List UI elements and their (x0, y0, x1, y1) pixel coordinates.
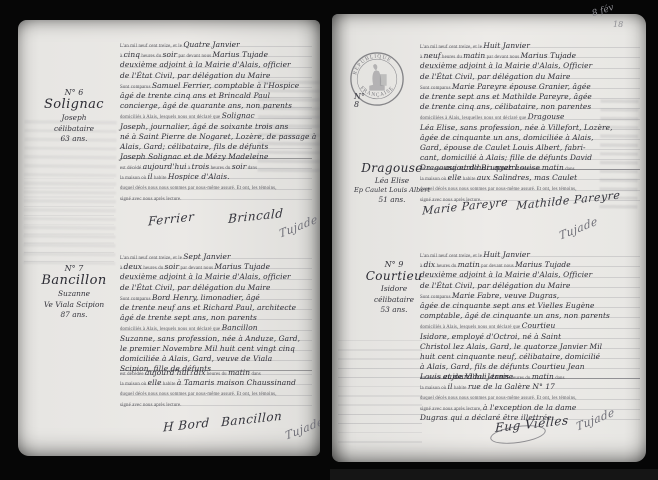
act-body: L'an mil neuf cent treize, et le Sept Ja… (120, 249, 312, 371)
act-line: Sont comparus Marie Fabre, veuve Dugras, (420, 288, 640, 298)
blank-ruled-lines (24, 170, 114, 265)
act-line: à deux heures du soir par devant nous Ma… (120, 259, 312, 269)
death-clause: est décédée aujourd'hui à dix heures du … (120, 365, 312, 406)
act-line: Christol lez Alais, Gard, le quatorze Ja… (420, 339, 640, 349)
act-line: de trente sept ans et Mathilde Pareyre, … (420, 89, 640, 99)
deceased-given-name: Suzanne (26, 289, 122, 299)
act-line: né à Saint Pierre de Nogaret, Lozère, de… (120, 129, 312, 139)
act-line: est décédé aujourd'hui à trois heures du… (120, 159, 312, 169)
deceased-age: 87 ans. (26, 310, 122, 320)
act-line: domiciliés à Alais, lesquels nous ont dé… (120, 320, 312, 330)
printed-form-text: signé avec nous après lecture. (120, 197, 182, 202)
deceased-surname: Solignac (26, 98, 122, 113)
signature: Tujade (558, 214, 598, 242)
deceased-status: célibataire (26, 124, 122, 134)
act-line: huit cent cinquante neuf, célibataire, d… (420, 349, 640, 359)
record-margin-note: N° 6 Solignac Joseph célibataire 63 ans. (26, 88, 122, 144)
act-line: Sont comparus Samuel Ferrier, comptable … (120, 78, 312, 88)
act-line: deuxième adjoint à la Mairie d'Alais, of… (120, 269, 312, 279)
act-line: deuxième adjoint à la Mairie d'Alais, Of… (420, 58, 640, 68)
deceased-status: Ve Viala Scipion (26, 300, 122, 310)
act-body: L'an mil neuf cent treize, et le Huit Ja… (420, 247, 640, 379)
record-margin-note: N° 7 Bancillon Suzanne Ve Viala Scipion … (26, 264, 122, 320)
fasces-detail (380, 74, 387, 86)
act-line: cant, domicilié à Alais; fille de défunt… (420, 150, 640, 160)
act-line: Isidore, employé d'Octroi, né à Saint (420, 329, 640, 339)
signature: Tujade (284, 414, 320, 442)
deceased-given-name: Joseph (26, 113, 122, 123)
act-line: de trente neuf ans et Richard Paul, arch… (120, 300, 312, 310)
signature: Bancillon (221, 409, 283, 430)
act-line: concierge, âgé de quarante ans, non pare… (120, 98, 312, 108)
left-page: N° 6 Solignac Joseph célibataire 63 ans.… (18, 20, 320, 456)
act-line: âgée de cinquante sept ans et Vielles Eu… (420, 298, 640, 308)
act-line: à cinq heures du soir par devant nous Ma… (120, 47, 312, 57)
act-line: L'an mil neuf cent treize, et le Sept Ja… (120, 249, 312, 259)
blank-ruled-lines (338, 332, 422, 450)
scanner-bed-shadow (330, 469, 658, 480)
printed-form-text: dans (246, 166, 257, 171)
act-line: à neuf heures du matin par devant nous M… (420, 48, 640, 58)
act-line: à dix heures du matin par devant nous Ma… (420, 257, 640, 267)
record-number-label: N° 8 (354, 92, 365, 109)
right-page: RÉPUBLIQUE FRANÇAISE N° 8 Dragouse Léa E… (332, 14, 646, 462)
svg-text:RÉPUBLIQUE: RÉPUBLIQUE (352, 54, 392, 76)
act-line: L'an mil neuf cent treize, et le Huit Ja… (420, 247, 640, 257)
deceased-surname: Bancillon (26, 274, 122, 289)
act-line: la maison où elle habite à Tamaris maiso… (120, 375, 312, 385)
death-clause: est décédé aujourd'hui à trois heures du… (120, 159, 312, 200)
handwritten-text: soir (232, 162, 247, 171)
act-line: est décédée aujourd'hui à quatre heures … (420, 160, 640, 170)
act-line: Suzanne, sans profession, née à Anduze, … (120, 331, 312, 341)
act-line: de l'État Civil, par délégation du Maire (420, 69, 640, 79)
printed-form-text: signé avec nous après lecture. (120, 403, 182, 408)
scanned-register-spread: N° 6 Solignac Joseph célibataire 63 ans.… (0, 0, 658, 480)
act-line: le premier Novembre Mil huit cent vingt … (120, 341, 312, 351)
act-line: domiciliées à Alais, lesquelles nous ont… (420, 109, 640, 119)
act-line: Gard, épouse de Caulet Louis Albert, fab… (420, 140, 640, 150)
signature: Tujade (278, 212, 318, 240)
signature: Ferrier (148, 210, 195, 229)
record-number: N° 8 (354, 93, 365, 109)
act-line: est décédé aujourd'hui à trois heures du… (420, 369, 640, 379)
act-line: la maison où il habite Hospice d'Alais. (120, 169, 312, 179)
act-line: Léa Elise, sans profession, née à Villef… (420, 120, 640, 130)
act-body: L'an mil neuf cent treize, et le Quatre … (120, 37, 312, 159)
act-line: duquel décès nous nous sommes par nous-m… (420, 389, 640, 399)
signature: Brincald (228, 206, 284, 226)
act-line: deuxième adjoint à la Mairie d'Alais, Of… (420, 267, 640, 277)
act-line: est décédée aujourd'hui à dix heures du … (120, 365, 312, 375)
act-line: Sont comparus Marie Pareyre épouse Grani… (420, 79, 640, 89)
act-line: Joseph, journalier, âgé de soixante troi… (120, 119, 312, 129)
signature: H Bord (163, 415, 210, 434)
act-line: comptable, âgé de cinquante un ans, non … (420, 308, 640, 318)
act-line: la maison où il habite rue de la Galère … (420, 379, 640, 389)
act-line: L'an mil neuf cent treize, et le Quatre … (120, 37, 312, 47)
act-body: L'an mil neuf cent treize, et le Huit Ja… (420, 38, 640, 170)
stamp-arc-top: RÉPUBLIQUE (352, 54, 392, 76)
act-line: de trente cinq ans, célibataire, non par… (420, 99, 640, 109)
act-line: la maison où elle habite aux Salindres, … (420, 170, 640, 180)
act-line: duquel décès nous nous sommes par nous-m… (120, 179, 312, 189)
act-line: deuxième adjoint à la Mairie d'Alais, of… (120, 57, 312, 67)
act-line: L'an mil neuf cent treize, et le Huit Ja… (420, 38, 640, 48)
act-line: à Alais, Gard, fils de défunts Courtieu … (420, 359, 640, 369)
deceased-age: 63 ans. (26, 134, 122, 144)
act-line: Sont comparus Bord Henry, limonadier, âg… (120, 290, 312, 300)
act-line: de l'État Civil, par délégation du Maire (420, 278, 640, 288)
act-line: Joseph Solignac et de Mézy Madeleine (120, 149, 312, 159)
pencil-page-number: 18 (613, 21, 623, 29)
printed-form-text: dans (554, 376, 565, 381)
